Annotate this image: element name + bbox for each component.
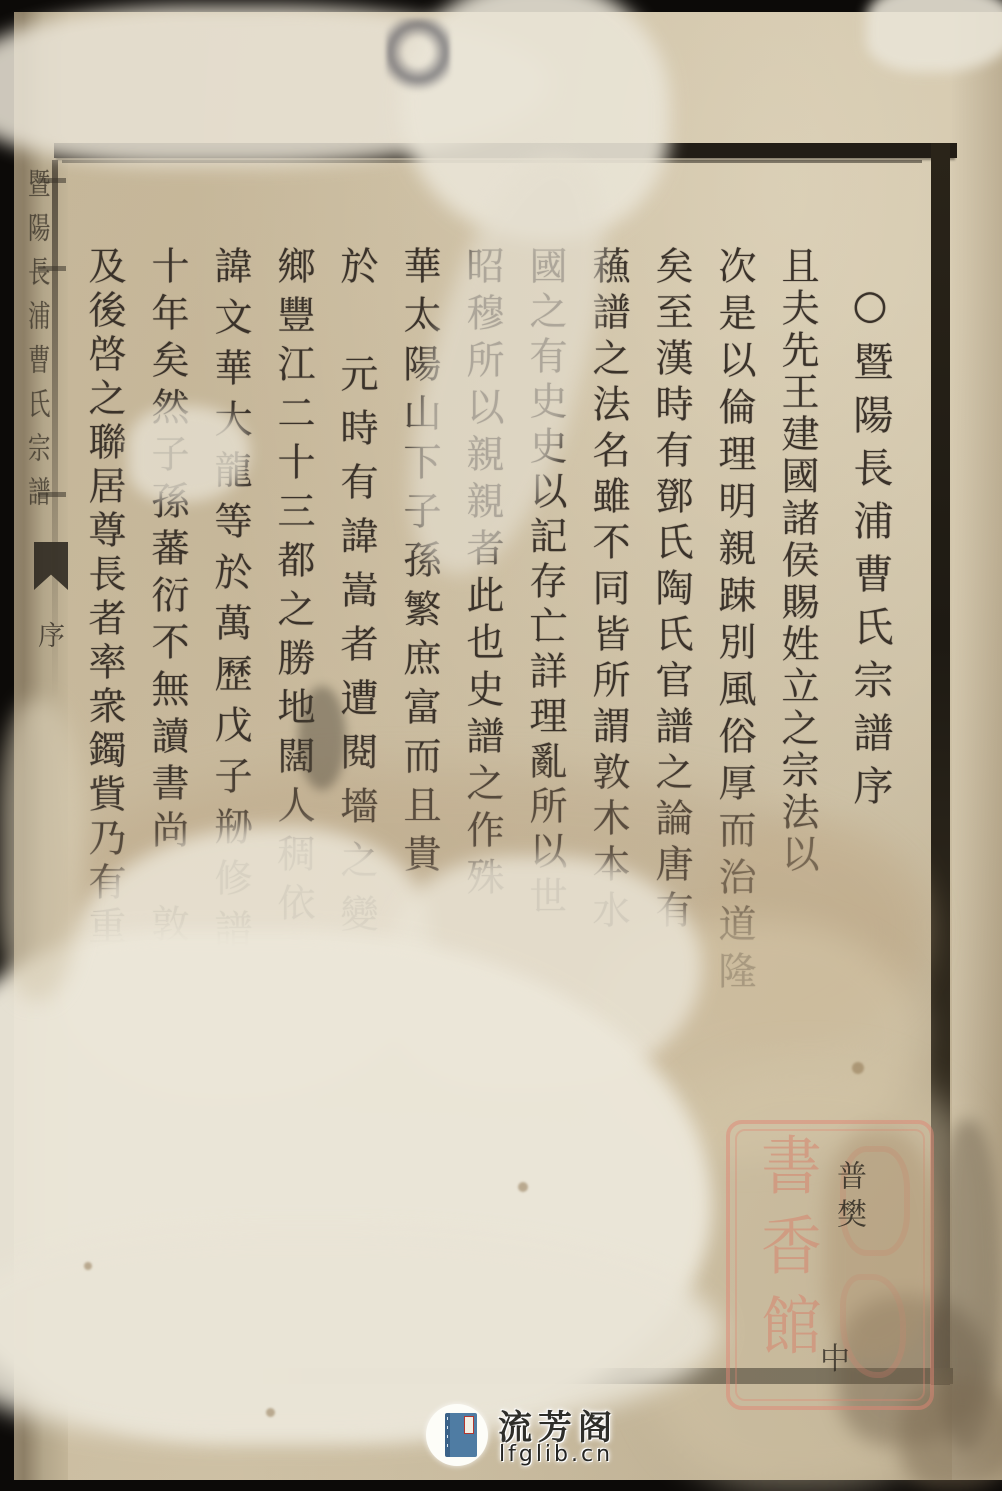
stitched-book-icon (445, 1413, 477, 1457)
book-title-slip (464, 1416, 474, 1434)
watermark-site-url: lfglib.cn (499, 1442, 613, 1467)
round-stamp-smudge (386, 18, 450, 94)
spine-title: 暨陽長浦曹氏宗譜 (20, 168, 53, 520)
foxing-dot (852, 1062, 864, 1074)
frame-left-border (52, 160, 58, 700)
watermark-circle (426, 1404, 488, 1466)
fishtail-mark (34, 542, 68, 590)
foxing-dot (266, 1408, 275, 1417)
margin-note-lower: 中 (820, 1334, 850, 1378)
foxing-dot (518, 1182, 528, 1192)
scanned-genealogy-page: { "scan": { "paper_color": "#c8bb9f", "i… (0, 0, 1002, 1491)
seal-script-glyphs: 書香館 (742, 1132, 829, 1372)
preface-title-column: ○暨陽長浦曹氏宗譜序 (828, 246, 912, 842)
margin-note-upper: 普樊 (826, 1160, 870, 1236)
site-watermark: 流芳阁 lfglib.cn (420, 1400, 700, 1478)
torn-corner-patch (866, 0, 1002, 72)
ink-smudge (298, 686, 346, 790)
foxing-dot (84, 1262, 92, 1270)
